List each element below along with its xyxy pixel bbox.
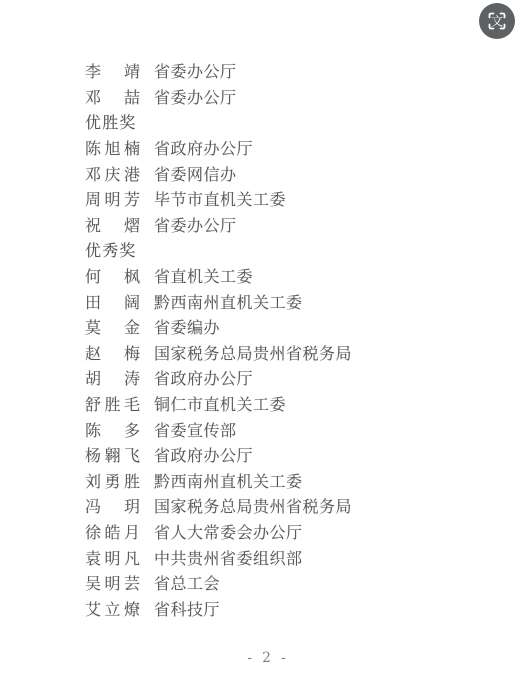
awardee-name: 舒胜毛: [85, 392, 140, 415]
awardee-organization: 省政府办公厅: [154, 366, 253, 389]
award-tier-label: 优秀奖: [85, 238, 137, 261]
awardee-name: 艾立燎: [85, 597, 140, 620]
awardee-name: 冯玥: [85, 494, 140, 517]
award-entry-row: 胡涛省政府办公厅: [85, 365, 352, 391]
award-entry-row: 舒胜毛铜仁市直机关工委: [85, 391, 352, 417]
awardee-name: 吴明芸: [85, 571, 140, 594]
awardee-name: 周明芳: [85, 187, 140, 210]
awardee-organization: 毕节市直机关工委: [154, 187, 286, 210]
awardee-organization: 国家税务总局贵州省税务局: [154, 494, 352, 517]
award-entry-row: 陈旭楠省政府办公厅: [85, 135, 352, 161]
award-entry-row: 冯玥国家税务总局贵州省税务局: [85, 493, 352, 519]
awardee-organization: 铜仁市直机关工委: [154, 392, 286, 415]
award-entry-row: 刘勇胜黔西南州直机关工委: [85, 468, 352, 494]
award-entry-row: 祝熠省委办公厅: [85, 212, 352, 238]
awardee-name: 袁明凡: [85, 546, 140, 569]
awardee-name: 祝熠: [85, 213, 140, 236]
document-page: 李靖省委办公厅邓喆省委办公厅优胜奖陈旭楠省政府办公厅邓庆港省委网信办周明芳毕节市…: [0, 0, 520, 687]
awardee-organization: 省委网信办: [154, 162, 237, 185]
awardee-name: 何枫: [85, 264, 140, 287]
scan-icon-glyph: 文: [491, 14, 504, 29]
awardee-organization: 省委办公厅: [154, 213, 237, 236]
award-list: 李靖省委办公厅邓喆省委办公厅优胜奖陈旭楠省政府办公厅邓庆港省委网信办周明芳毕节市…: [85, 58, 352, 621]
award-entry-row: 吴明芸省总工会: [85, 570, 352, 596]
awardee-organization: 黔西南州直机关工委: [154, 469, 303, 492]
award-entry-row: 徐皓月省人大常委会办公厅: [85, 519, 352, 545]
awardee-organization: 省总工会: [154, 571, 220, 594]
award-entry-row: 莫金省委编办: [85, 314, 352, 340]
award-entry-row: 陈多省委宣传部: [85, 416, 352, 442]
award-entry-row: 袁明凡中共贵州省委组织部: [85, 544, 352, 570]
awardee-name: 陈旭楠: [85, 136, 140, 159]
page-number: - 2 -: [8, 650, 520, 666]
awardee-name: 杨翱飞: [85, 443, 140, 466]
awardee-organization: 省直机关工委: [154, 264, 253, 287]
awardee-organization: 省政府办公厅: [154, 443, 253, 466]
awardee-name: 陈多: [85, 418, 140, 441]
awardee-name: 邓庆港: [85, 162, 140, 185]
awardee-organization: 黔西南州直机关工委: [154, 290, 303, 313]
awardee-name: 邓喆: [85, 85, 140, 108]
award-entry-row: 李靖省委办公厅: [85, 58, 352, 84]
awardee-organization: 省委办公厅: [154, 59, 237, 82]
award-tier-label: 优胜奖: [85, 110, 137, 133]
awardee-organization: 省科技厅: [154, 597, 220, 620]
award-tier-heading-row: 优秀奖: [85, 237, 352, 263]
award-entry-row: 邓庆港省委网信办: [85, 160, 352, 186]
award-tier-heading-row: 优胜奖: [85, 109, 352, 135]
awardee-organization: 省委编办: [154, 315, 220, 338]
award-entry-row: 何枫省直机关工委: [85, 263, 352, 289]
awardee-organization: 国家税务总局贵州省税务局: [154, 341, 352, 364]
awardee-organization: 省人大常委会办公厅: [154, 520, 303, 543]
awardee-organization: 省委宣传部: [154, 418, 237, 441]
award-entry-row: 杨翱飞省政府办公厅: [85, 442, 352, 468]
award-entry-row: 田阔黔西南州直机关工委: [85, 288, 352, 314]
awardee-name: 李靖: [85, 59, 140, 82]
awardee-organization: 省政府办公厅: [154, 136, 253, 159]
awardee-name: 刘勇胜: [85, 469, 140, 492]
awardee-name: 田阔: [85, 290, 140, 313]
award-entry-row: 邓喆省委办公厅: [85, 84, 352, 110]
extract-text-button[interactable]: 文: [479, 3, 515, 39]
award-entry-row: 艾立燎省科技厅: [85, 595, 352, 621]
award-entry-row: 赵梅国家税务总局贵州省税务局: [85, 340, 352, 366]
awardee-name: 莫金: [85, 315, 140, 338]
awardee-name: 徐皓月: [85, 520, 140, 543]
award-entry-row: 周明芳毕节市直机关工委: [85, 186, 352, 212]
awardee-organization: 中共贵州省委组织部: [154, 546, 303, 569]
awardee-name: 胡涛: [85, 366, 140, 389]
awardee-organization: 省委办公厅: [154, 85, 237, 108]
awardee-name: 赵梅: [85, 341, 140, 364]
scan-text-icon: 文: [479, 3, 515, 39]
